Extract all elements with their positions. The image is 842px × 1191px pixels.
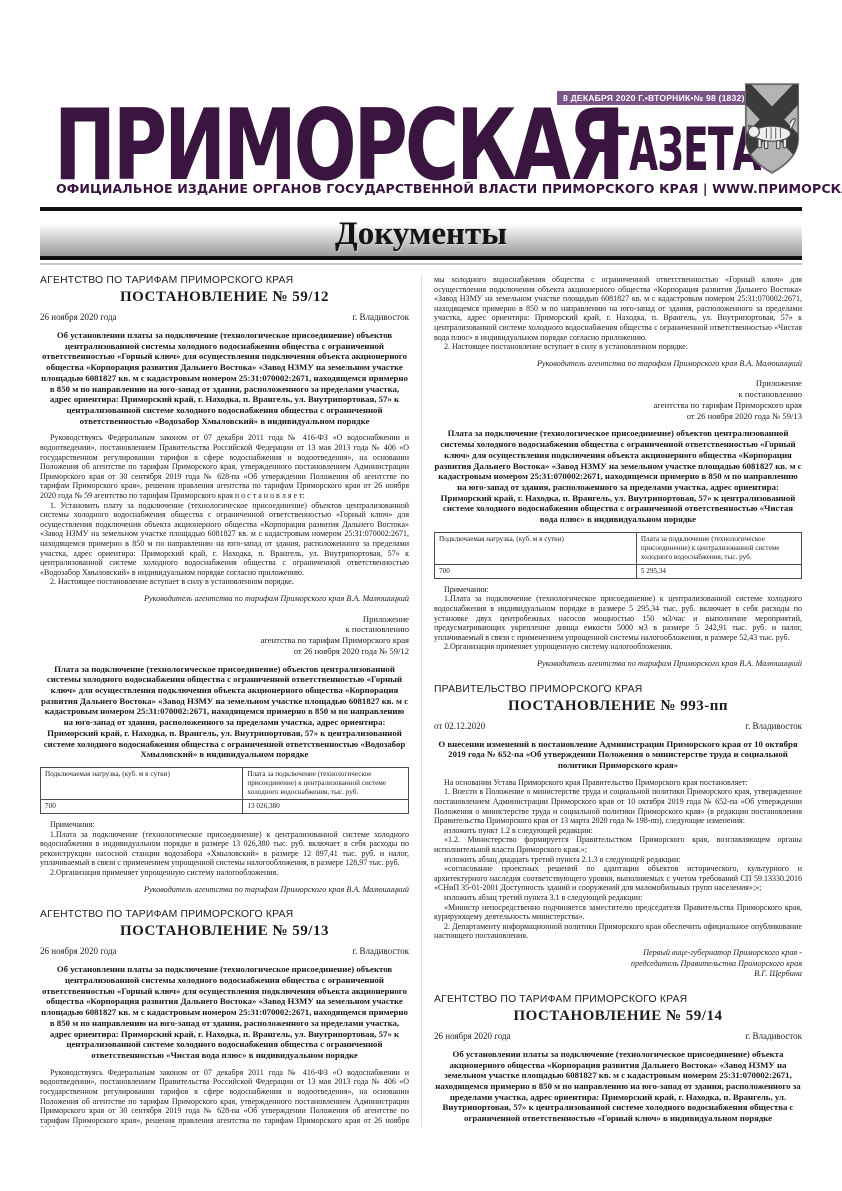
paragraph: мы холодного водоснабжения общества с ог… [434, 275, 802, 342]
decree-title: Об установлении платы за подключение (те… [40, 330, 409, 426]
primorsky-krai-coat-of-arms-icon [744, 81, 800, 177]
signature: Руководитель агентства по тарифам Примор… [40, 594, 409, 605]
decree-title: Об установлении платы за подключение (те… [434, 1049, 802, 1124]
signature: Руководитель агентства по тарифам Примор… [434, 359, 802, 370]
section-title: Документы [40, 216, 802, 253]
decree-title: О внесении изменений в постановление Адм… [434, 739, 802, 771]
annex-reference-line: агентства по тарифам Приморского края [40, 635, 409, 646]
fee-table-header-cell: Подключаемая нагрузка, (куб. м в сутки) [435, 532, 637, 564]
fee-table-row: 7005 295,34 [435, 564, 802, 578]
paragraph: изложить пункт 1.2 в следующей редакции: [434, 826, 802, 836]
signature-line: Руководитель агентства по тарифам Примор… [40, 885, 409, 896]
paragraph: 1.Плата за подключение (технологическое … [434, 594, 802, 642]
signature-line: В.Г. Щербина [434, 969, 802, 980]
decree-number: ПОСТАНОВЛЕНИЕ № 59/12 [40, 289, 409, 306]
fee-table-header-cell: Подключаемая нагрузка, (куб. м в сутки) [41, 768, 243, 800]
decree-number: ПОСТАНОВЛЕНИЕ № 993-пп [434, 698, 802, 715]
signature-line: председатель Правительства Приморского к… [434, 959, 802, 970]
section-header: Документы [40, 207, 802, 260]
annex-reference-line: агентства по тарифам Приморского края [434, 400, 802, 411]
paragraph: 2.Организация применяет упрощенную систе… [40, 868, 409, 878]
paragraph: Примечания: [434, 585, 802, 595]
paragraph: 1.Плата за подключение (технологическое … [40, 830, 409, 868]
column-right: мы холодного водоснабжения общества с ог… [421, 275, 802, 1127]
newspaper-title-secondary: ГАЗЕТА [606, 115, 761, 185]
newspaper-page: ПРИМОРСКАЯ 8 ДЕКАБРЯ 2020 Г.•ВТОРНИК•№ 9… [40, 75, 802, 1127]
fee-table-header-row: Подключаемая нагрузка, (куб. м в сутки)П… [435, 532, 802, 564]
decree-date: 26 ноября 2020 года [40, 312, 117, 322]
column-left: АГЕНТСТВО ПО ТАРИФАМ ПРИМОРСКОГО КРАЯПОС… [40, 275, 421, 1127]
paragraph: 1. Внести в Положение о министерстве тру… [434, 787, 802, 825]
signature-line: Руководитель агентства по тарифам Примор… [434, 359, 802, 370]
paragraph: изложить абзац третий пункта 3.1 в следу… [434, 893, 802, 903]
decree-place: г. Владивосток [352, 946, 409, 956]
decree-date: от 02.12.2020 [434, 721, 485, 731]
connection-fee-table: Подключаемая нагрузка, (куб. м в сутки)П… [434, 532, 802, 579]
masthead: ПРИМОРСКАЯ 8 ДЕКАБРЯ 2020 Г.•ВТОРНИК•№ 9… [40, 75, 802, 205]
masthead-subtitle: ОФИЦИАЛЬНОЕ ИЗДАНИЕ ОРГАНОВ ГОСУДАРСТВЕН… [56, 181, 842, 196]
decree-dateline: от 02.12.2020г. Владивосток [434, 721, 802, 731]
paragraph: Руководствуясь Федеральным законом от 07… [40, 1068, 409, 1127]
paragraph: «Министр непосредственно подчиняется зам… [434, 903, 802, 922]
decree-dateline: 26 ноября 2020 годаг. Владивосток [40, 946, 409, 956]
decree-date: 26 ноября 2020 года [434, 1031, 511, 1041]
signature: Руководитель агентства по тарифам Примор… [40, 885, 409, 896]
decree-title: Об установлении платы за подключение (те… [40, 964, 409, 1060]
paragraph: 2.Организация применяет упрощенную систе… [434, 642, 802, 652]
paragraph: 1. Установить плату за подключение (техн… [40, 501, 409, 578]
documents-columns: АГЕНТСТВО ПО ТАРИФАМ ПРИМОРСКОГО КРАЯПОС… [40, 275, 802, 1127]
agency-heading: АГЕНТСТВО ПО ТАРИФАМ ПРИМОРСКОГО КРАЯ [40, 909, 409, 920]
fee-table-cell: 700 [435, 564, 637, 578]
fee-table-header-row: Подключаемая нагрузка, (куб. м в сутки)П… [41, 768, 409, 800]
agency-heading: ПРАВИТЕЛЬСТВО ПРИМОРСКОГО КРАЯ [434, 684, 802, 695]
paragraph: 2. Департаменту информационной политики … [434, 922, 802, 941]
paragraph: 2. Настоящее постановление вступает в си… [40, 577, 409, 587]
paragraph: 2. Настоящее постановление вступает в си… [434, 342, 802, 352]
connection-fee-table: Подключаемая нагрузка, (куб. м в сутки)П… [40, 767, 409, 814]
agency-heading: АГЕНТСТВО ПО ТАРИФАМ ПРИМОРСКОГО КРАЯ [434, 994, 802, 1005]
fee-table-row: 70013 026,380 [41, 800, 409, 814]
annex-reference-line: к постановлению [40, 624, 409, 635]
decree-title: Плата за подключение (технологическое пр… [40, 664, 409, 760]
paragraph: На основании Устава Приморского края Пра… [434, 778, 802, 788]
signature-line: Руководитель агентства по тарифам Примор… [40, 594, 409, 605]
paragraph: «1.2. Министерство формируется Правитель… [434, 835, 802, 854]
signature: Руководитель агентства по тарифам Примор… [434, 659, 802, 670]
annex-reference-line: Приложение [434, 378, 802, 389]
paragraph: «согласование проектных решений по адапт… [434, 864, 802, 893]
annex-reference-line: к постановлению [434, 389, 802, 400]
decree-number: ПОСТАНОВЛЕНИЕ № 59/13 [40, 923, 409, 940]
annex-reference: Приложениек постановлениюагентства по та… [434, 378, 802, 421]
signature: Первый вице-губернатор Приморского края … [434, 948, 802, 980]
annex-reference-line: от 26 ноября 2020 года № 59/13 [434, 411, 802, 422]
decree-place: г. Владивосток [745, 1031, 802, 1041]
fee-table-header-cell: Плата за подключение (технологическое пр… [636, 532, 801, 564]
fee-table-header-cell: Плата за подключение (технологическое пр… [243, 768, 409, 800]
decree-dateline: 26 ноября 2020 годаг. Владивосток [40, 312, 409, 322]
decree-place: г. Владивосток [352, 312, 409, 322]
annex-reference: Приложениек постановлениюагентства по та… [40, 614, 409, 657]
annex-reference-line: от 26 ноября 2020 года № 59/12 [40, 646, 409, 657]
decree-title: Плата за подключение (технологическое пр… [434, 428, 802, 524]
paragraph: Примечания: [40, 820, 409, 830]
paragraph: изложить абзац двадцать третий пункта 2.… [434, 855, 802, 865]
decree-number: ПОСТАНОВЛЕНИЕ № 59/14 [434, 1008, 802, 1025]
annex-reference-line: Приложение [40, 614, 409, 625]
signature-line: Первый вице-губернатор Приморского края … [434, 948, 802, 959]
decree-place: г. Владивосток [745, 721, 802, 731]
agency-heading: АГЕНТСТВО ПО ТАРИФАМ ПРИМОРСКОГО КРАЯ [40, 275, 409, 286]
divider-line [40, 263, 802, 265]
paragraph: Руководствуясь Федеральным законом от 07… [40, 433, 409, 500]
signature-line: Руководитель агентства по тарифам Примор… [434, 659, 802, 670]
decree-dateline: 26 ноября 2020 годаг. Владивосток [434, 1031, 802, 1041]
fee-table-cell: 13 026,380 [243, 800, 409, 814]
decree-date: 26 ноября 2020 года [40, 946, 117, 956]
issue-info-badge: 8 ДЕКАБРЯ 2020 Г.•ВТОРНИК•№ 98 (1832) [557, 91, 751, 105]
fee-table-cell: 5 295,34 [636, 564, 801, 578]
fee-table-cell: 700 [41, 800, 243, 814]
